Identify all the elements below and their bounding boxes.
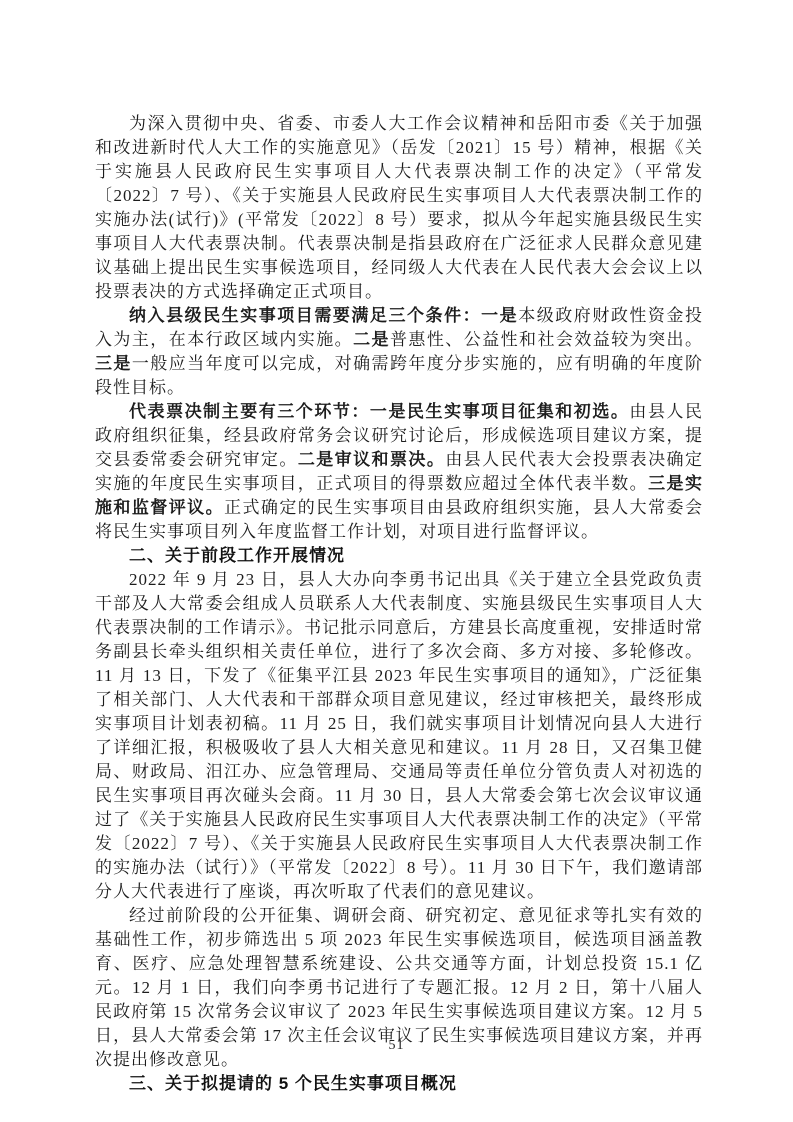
text-run: 为深入贯彻中央、省委、市委人大工作会议精神和岳阳市委《关于加强和改进新时代人大工… [95,114,703,301]
text-run: 三、关于拟提请的 5 个民生实事项目概况 [129,1074,457,1093]
body-paragraph: 为深入贯彻中央、省委、市委人大工作会议精神和岳阳市委《关于加强和改进新时代人大工… [95,112,703,304]
bold-text-run: 代表票决制主要有三个环节：一是民生实事项目征集和初选。 [129,402,629,421]
text-run: 普惠性、公益性和社会效益较为突出。 [390,330,703,349]
body-paragraph: 代表票决制主要有三个环节：一是民生实事项目征集和初选。由县人民政府组织征集，经县… [95,400,703,544]
section-heading: 二、关于前段工作开展情况 [95,544,703,568]
document-body: 为深入贯彻中央、省委、市委人大工作会议精神和岳阳市委《关于加强和改进新时代人大工… [95,112,703,1096]
page-number: 51 [0,1038,793,1054]
bold-text-run: 二是审议和票决。 [298,450,446,469]
body-paragraph: 2022 年 9 月 23 日，县人大办向李勇书记出具《关于建立全县党政负责干部… [95,568,703,904]
document-page: 为深入贯彻中央、省委、市委人大工作会议精神和岳阳市委《关于加强和改进新时代人大工… [0,0,793,1122]
bold-text-run: 纳入县级民生实事项目需要满足三个条件：一是 [129,306,518,325]
bold-text-run: 二是 [353,330,390,349]
bold-text-run: 三是 [95,354,132,373]
text-run: 二、关于前段工作开展情况 [129,546,345,565]
section-heading: 三、关于拟提请的 5 个民生实事项目概况 [95,1072,703,1096]
text-run: 一般应当年度可以完成，对确需跨年度分步实施的，应有明确的年度阶段性目标。 [95,354,703,397]
body-paragraph: 纳入县级民生实事项目需要满足三个条件：一是本级政府财政性资金投入为主，在本行政区… [95,304,703,400]
text-run: 2022 年 9 月 23 日，县人大办向李勇书记出具《关于建立全县党政负责干部… [95,570,703,901]
